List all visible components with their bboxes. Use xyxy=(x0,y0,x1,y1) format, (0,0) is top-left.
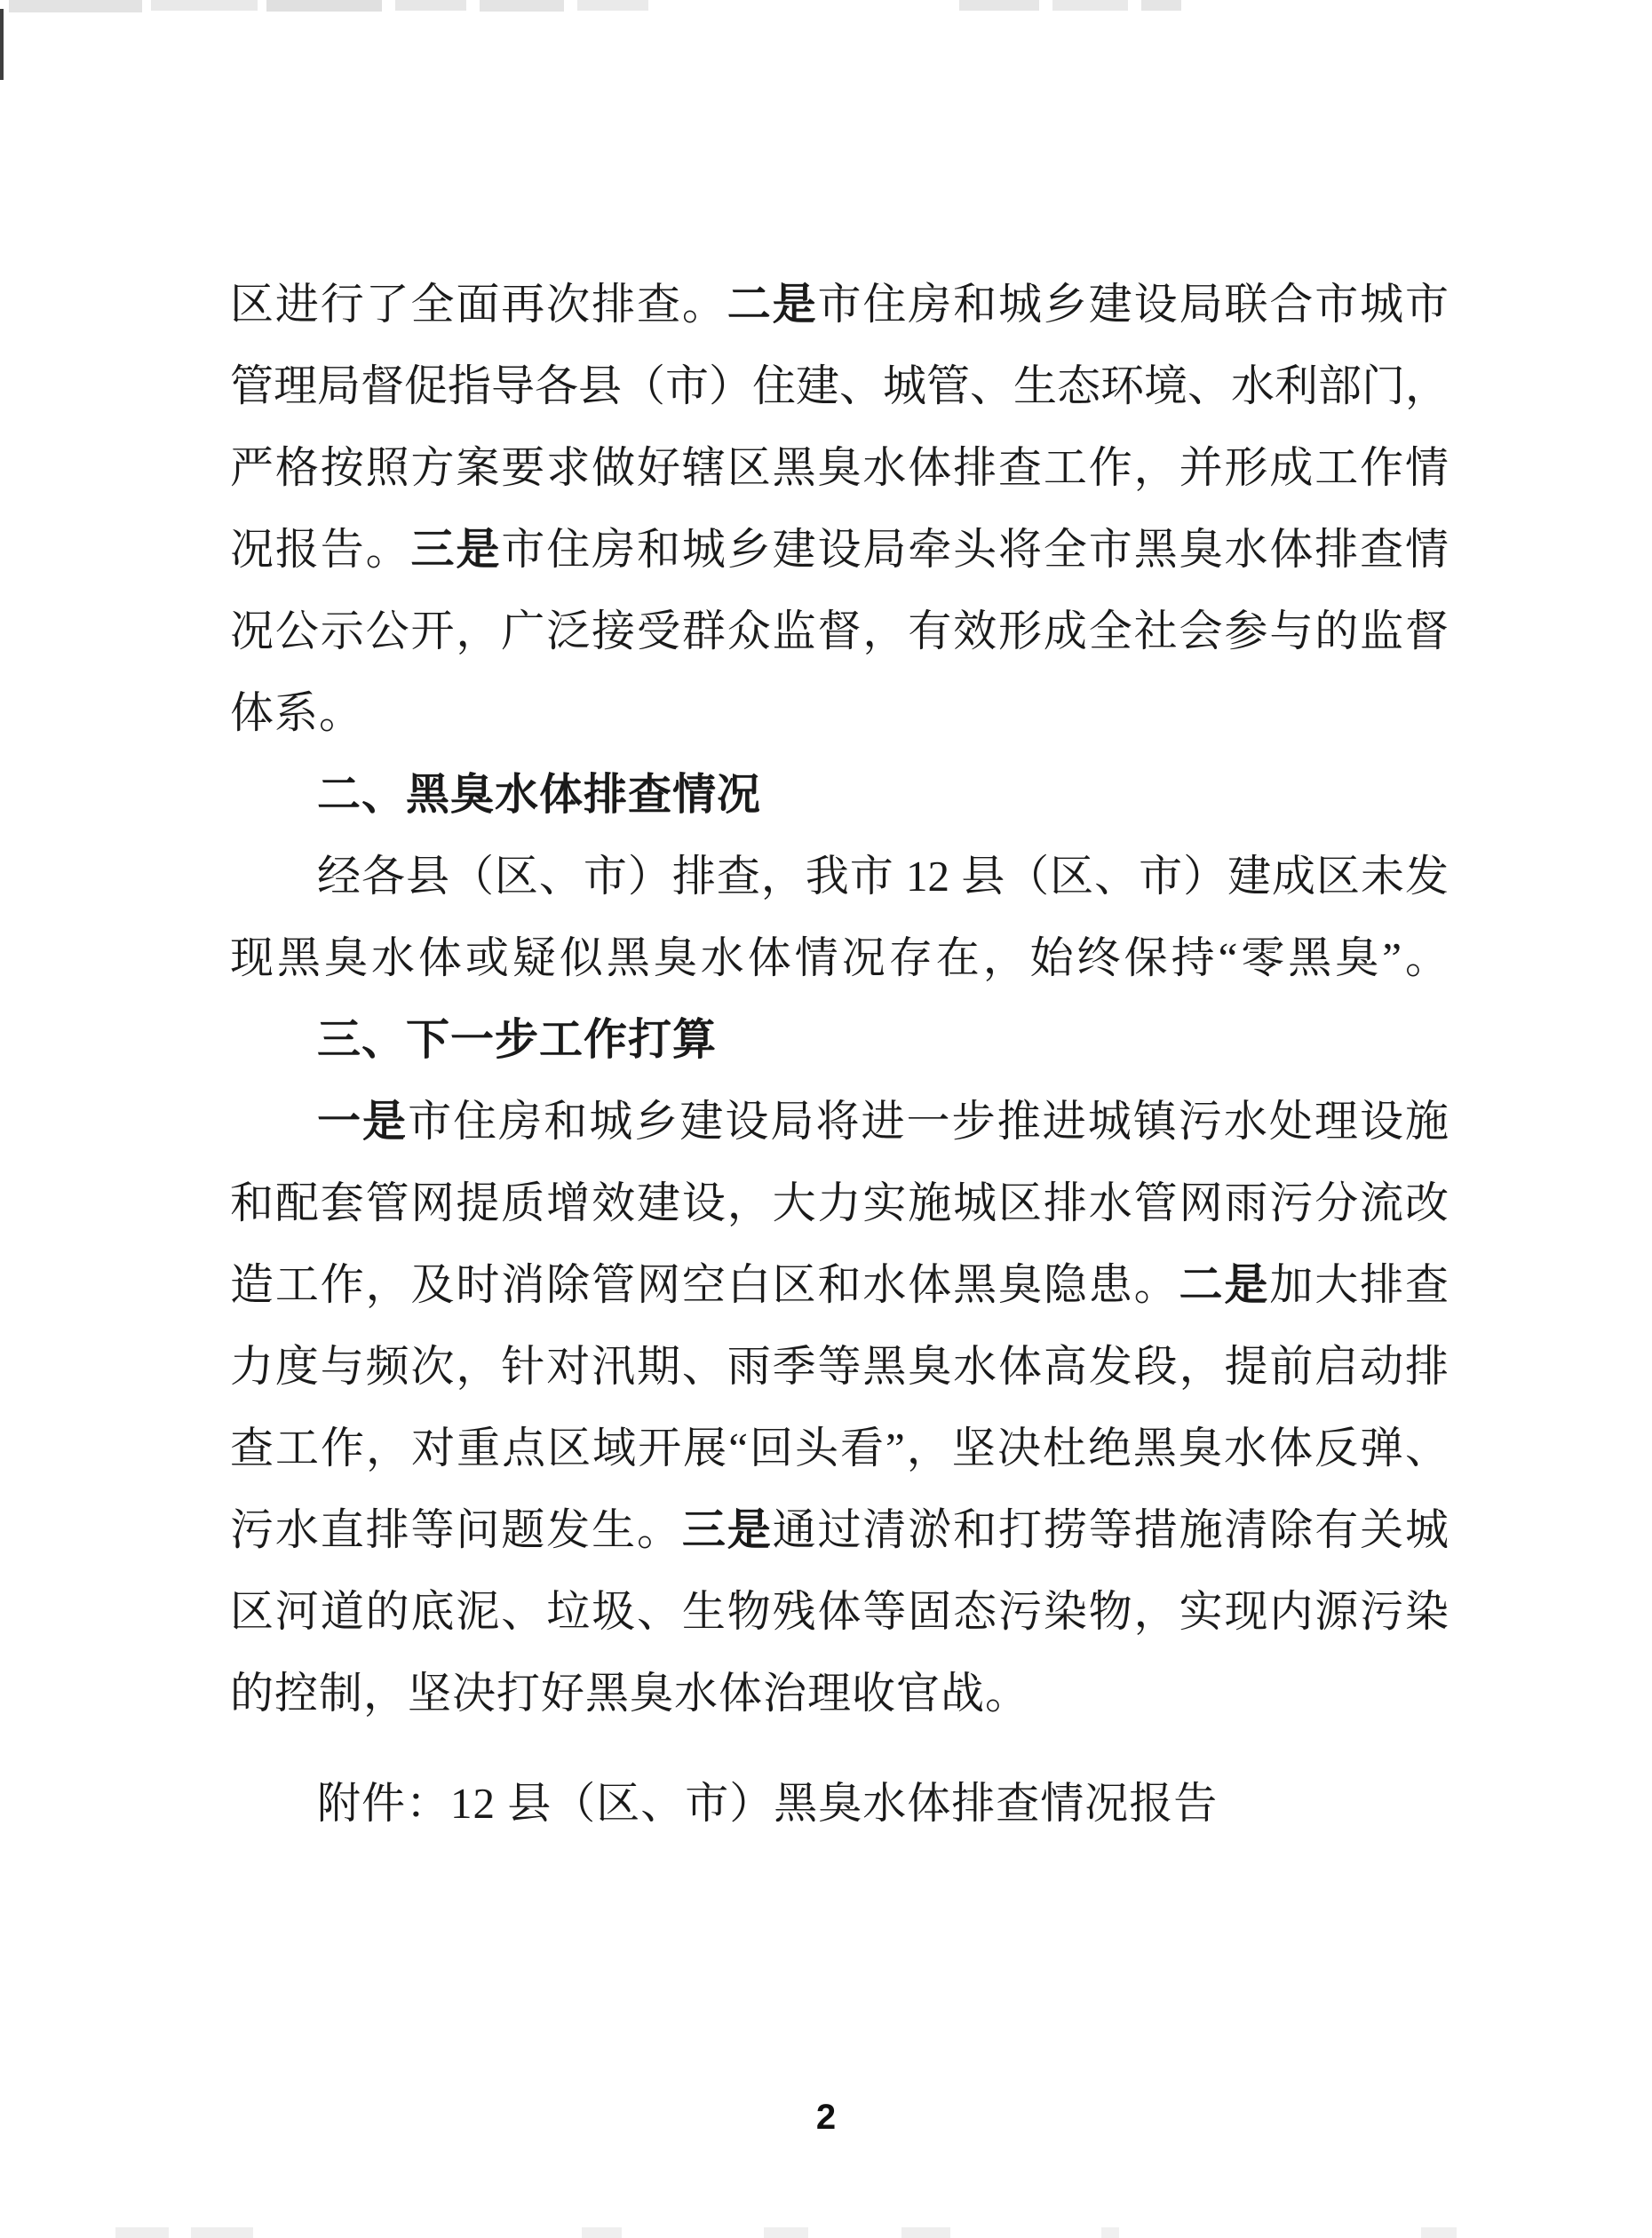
scan-artifact xyxy=(266,0,382,12)
scan-artifact xyxy=(901,2227,950,2238)
emphasis-text: 三、下一步工作打算 xyxy=(317,1016,717,1064)
body-text: 的控制，坚决打好黑臭水体治理收官战。 xyxy=(230,1669,1029,1718)
body-text: 查工作，对重点区域开展“回头看”，坚决杜绝黑臭水体反弹、 xyxy=(230,1424,1449,1472)
body-text: 和配套管网提质增效建设，大力实施城区排水管网雨污分流改 xyxy=(230,1179,1449,1227)
text-line: 污水直排等问题发生。三是通过清淤和打捞等措施清除有关城 xyxy=(230,1489,1449,1571)
body-text: 附件：12 县（区、市）黑臭水体排查情况报告 xyxy=(317,1779,1218,1828)
body-text: 市住房和城乡建设局联合市城市 xyxy=(818,280,1449,329)
scan-artifact xyxy=(577,0,648,11)
text-line: 和配套管网提质增效建设，大力实施城区排水管网雨污分流改 xyxy=(230,1163,1449,1244)
scan-artifact xyxy=(151,0,258,11)
document-page: 区进行了全面再次排查。二是市住房和城乡建设局联合市城市管理局督促指导各县（市）住… xyxy=(0,0,1652,2238)
emphasis-text: 一是 xyxy=(317,1098,408,1146)
emphasis-text: 二是 xyxy=(1179,1261,1270,1309)
text-line: 区进行了全面再次排查。二是市住房和城乡建设局联合市城市 xyxy=(230,264,1449,345)
body-text: 况公示公开，广泛接受群众监督，有效形成全社会参与的监督 xyxy=(230,607,1449,655)
document-body: 区进行了全面再次排查。二是市住房和城乡建设局联合市城市管理局督促指导各县（市）住… xyxy=(230,264,1449,1845)
body-text: 严格按照方案要求做好辖区黑臭水体排查工作，并形成工作情 xyxy=(230,443,1449,492)
text-line: 查工作，对重点区域开展“回头看”，坚决杜绝黑臭水体反弹、 xyxy=(230,1408,1449,1489)
scan-artifact xyxy=(9,0,142,12)
text-line: 况公示公开，广泛接受群众监督，有效形成全社会参与的监督 xyxy=(230,591,1449,672)
section-heading: 三、下一步工作打算 xyxy=(230,999,1449,1081)
scan-artifact xyxy=(1052,0,1128,11)
body-text: 加大排查 xyxy=(1269,1260,1449,1309)
body-text: 污水直排等问题发生。 xyxy=(230,1505,682,1554)
body-text: 造工作，及时消除管网空白区和水体黑臭隐患。 xyxy=(230,1260,1179,1309)
body-text: 况报告。 xyxy=(230,525,411,574)
text-line: 况报告。三是市住房和城乡建设局牵头将全市黑臭水体排查情 xyxy=(230,509,1449,591)
scan-artifact xyxy=(115,2227,169,2238)
text-line: 造工作，及时消除管网空白区和水体黑臭隐患。二是加大排查 xyxy=(230,1244,1449,1326)
scan-artifact xyxy=(480,0,564,12)
scan-artifact xyxy=(959,0,1039,11)
scan-artifact xyxy=(1141,0,1181,11)
body-text: 现黑臭水体或疑似黑臭水体情况存在，始终保持“零黑臭”。 xyxy=(230,933,1449,982)
text-line: 的控制，坚决打好黑臭水体治理收官战。 xyxy=(230,1653,1449,1734)
scan-artifact xyxy=(1101,2227,1119,2238)
body-text: 力度与频次，针对汛期、雨季等黑臭水体高发段，提前启动排 xyxy=(230,1342,1449,1391)
body-text: 管理局督促指导各县（市）住建、城管、生态环境、水利部门， xyxy=(230,361,1449,410)
text-line: 现黑臭水体或疑似黑臭水体情况存在，始终保持“零黑臭”。 xyxy=(230,917,1449,999)
text-line: 管理局督促指导各县（市）住建、城管、生态环境、水利部门， xyxy=(230,345,1449,427)
body-text: 区河道的底泥、垃圾、生物残体等固态污染物，实现内源污染 xyxy=(230,1587,1449,1636)
body-text: 区进行了全面再次排查。 xyxy=(230,280,727,329)
attachment-line: 附件：12 县（区、市）黑臭水体排查情况报告 xyxy=(230,1763,1449,1845)
text-line: 区河道的底泥、垃圾、生物残体等固态污染物，实现内源污染 xyxy=(230,1571,1449,1653)
body-text: 经各县（区、市）排查，我市 12 县（区、市）建成区未发 xyxy=(317,852,1449,901)
page-number: 2 xyxy=(0,2098,1652,2137)
section-heading: 二、黑臭水体排查情况 xyxy=(230,754,1449,836)
text-line: 经各县（区、市）排查，我市 12 县（区、市）建成区未发 xyxy=(230,836,1449,917)
body-text: 通过清淤和打捞等措施清除有关城 xyxy=(773,1505,1449,1554)
emphasis-text: 三是 xyxy=(411,526,502,574)
scan-artifact xyxy=(1421,2227,1457,2238)
body-text: 市住房和城乡建设局牵头将全市黑臭水体排查情 xyxy=(501,525,1449,574)
text-line: 力度与频次，针对汛期、雨季等黑臭水体高发段，提前启动排 xyxy=(230,1326,1449,1408)
text-line: 一是市住房和城乡建设局将进一步推进城镇污水处理设施 xyxy=(230,1081,1449,1163)
scan-artifact-left-bar xyxy=(0,9,4,80)
emphasis-text: 二、黑臭水体排查情况 xyxy=(317,771,761,819)
scan-artifact xyxy=(191,2227,253,2238)
emphasis-text: 三是 xyxy=(682,1506,773,1554)
text-line: 严格按照方案要求做好辖区黑臭水体排查工作，并形成工作情 xyxy=(230,427,1449,509)
text-line: 体系。 xyxy=(230,672,1449,754)
scan-artifact xyxy=(764,2227,808,2238)
body-text: 体系。 xyxy=(230,688,363,737)
scan-artifact xyxy=(582,2227,622,2238)
body-text: 市住房和城乡建设局将进一步推进城镇污水处理设施 xyxy=(408,1097,1449,1146)
emphasis-text: 二是 xyxy=(727,281,818,329)
scan-artifact xyxy=(395,0,466,11)
